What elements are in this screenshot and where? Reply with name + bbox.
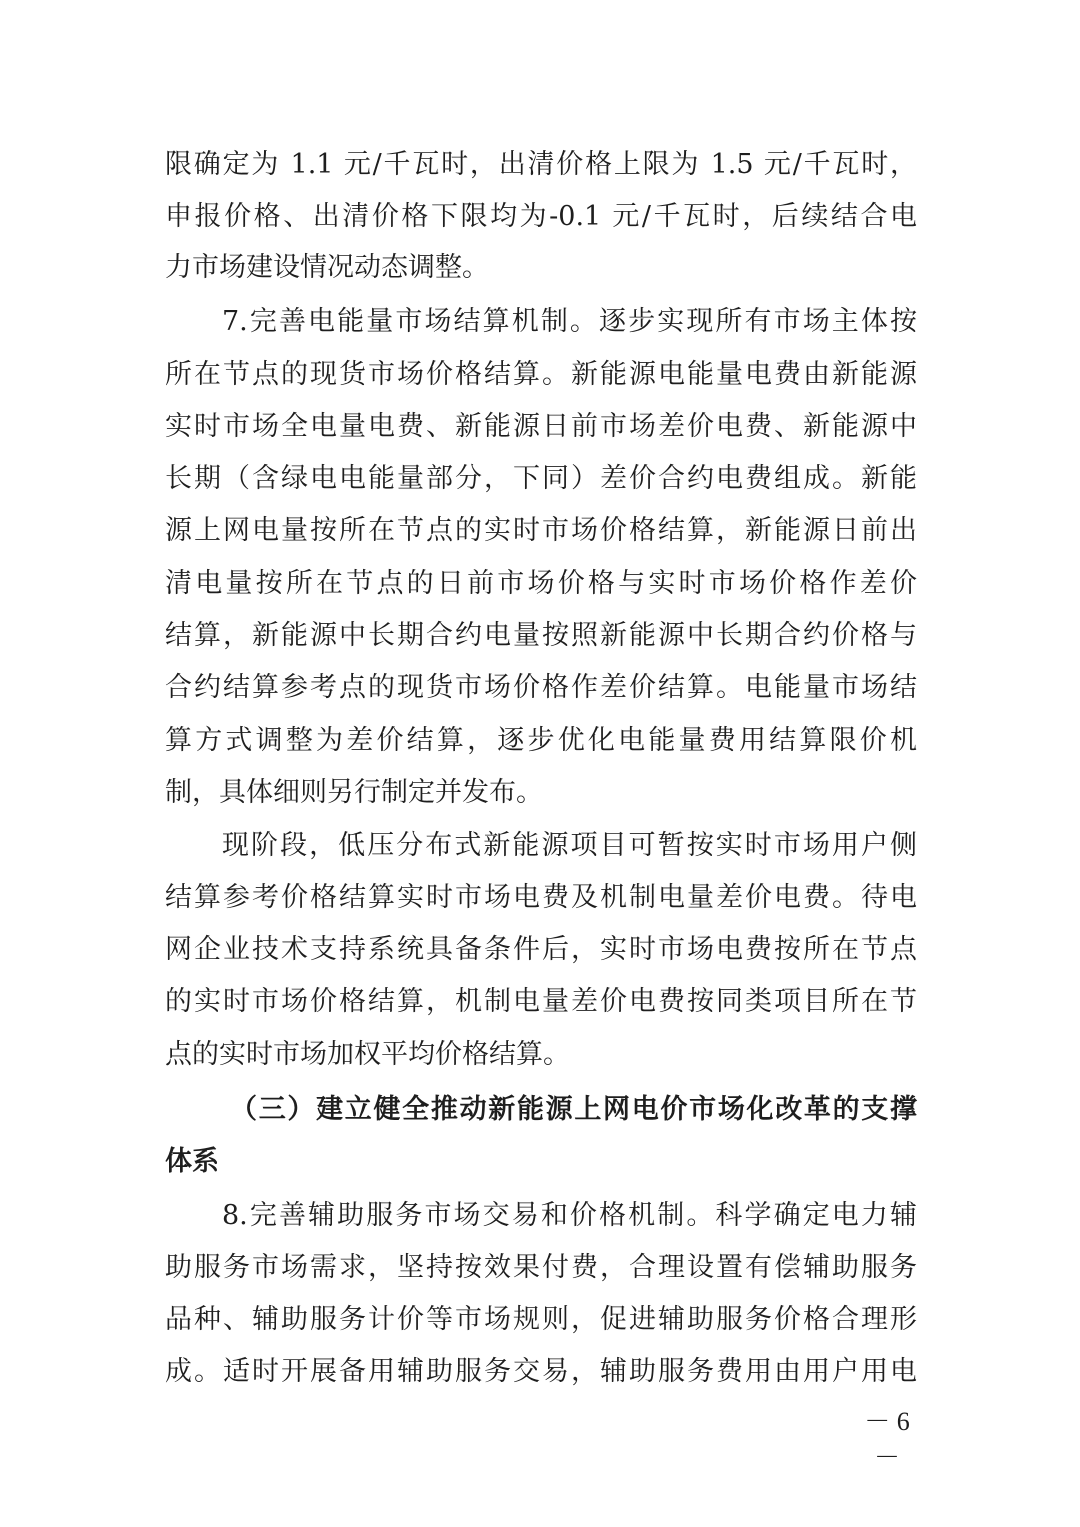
section-7-first-line: 7.完善电能量市场结算机制。逐步实现所有市场主体按 <box>222 302 917 342</box>
body-text-line: 结算参考价格结算实时市场电费及机制电量差价电费。待电 <box>165 878 917 918</box>
section-heading: （三）建立健全推动新能源上网电价市场化改革的支撑 <box>230 1090 917 1130</box>
body-text-line: 的实时市场价格结算，机制电量差价电费按同类项目所在节 <box>165 982 917 1022</box>
body-text-line: 申报价格、出清价格下限均为-0.1 元/千瓦时，后续结合电 <box>165 197 917 237</box>
body-text-line: 实时市场全电量电费、新能源日前市场差价电费、新能源中 <box>165 407 917 447</box>
body-text-line: 助服务市场需求，坚持按效果付费，合理设置有偿辅助服务 <box>165 1248 917 1288</box>
body-text-line: 品种、辅助服务计价等市场规则，促进辅助服务价格合理形 <box>165 1300 917 1340</box>
body-text-line: 点的实时市场加权平均价格结算。 <box>165 1035 917 1075</box>
body-text-line: 限确定为 1.1 元/千瓦时，出清价格上限为 1.5 元/千瓦时， <box>165 145 917 185</box>
body-text-line: 合约结算参考点的现货市场价格作差价结算。电能量市场结 <box>165 668 917 708</box>
body-text-line: 源上网电量按所在节点的实时市场价格结算，新能源日前出 <box>165 511 917 551</box>
section-heading-continued: 体系 <box>165 1142 917 1182</box>
body-text-line: 结算，新能源中长期合约电量按照新能源中长期合约价格与 <box>165 616 917 656</box>
body-text-line: 所在节点的现货市场价格结算。新能源电能量电费由新能源 <box>165 355 917 395</box>
paragraph-first-line: 现阶段，低压分布式新能源项目可暂按实时市场用户侧 <box>222 826 917 866</box>
body-text-line: 长期（含绿电电能量部分，下同）差价合约电费组成。新能 <box>165 459 917 499</box>
body-text-line: 成。适时开展备用辅助服务交易，辅助服务费用由用户用电 <box>165 1352 917 1392</box>
page-number: － 6 － <box>852 1404 922 1440</box>
document-page: 限确定为 1.1 元/千瓦时，出清价格上限为 1.5 元/千瓦时， 申报价格、出… <box>0 0 1080 1527</box>
body-text-line: 力市场建设情况动态调整。 <box>165 248 917 288</box>
body-text-line: 清电量按所在节点的日前市场价格与实时市场价格作差价 <box>165 564 917 604</box>
section-8-first-line: 8.完善辅助服务市场交易和价格机制。科学确定电力辅 <box>222 1196 917 1236</box>
body-text-line: 制，具体细则另行制定并发布。 <box>165 773 917 813</box>
body-text-line: 网企业技术支持系统具备条件后，实时市场电费按所在节点 <box>165 930 917 970</box>
body-text-line: 算方式调整为差价结算，逐步优化电能量费用结算限价机 <box>165 721 917 761</box>
